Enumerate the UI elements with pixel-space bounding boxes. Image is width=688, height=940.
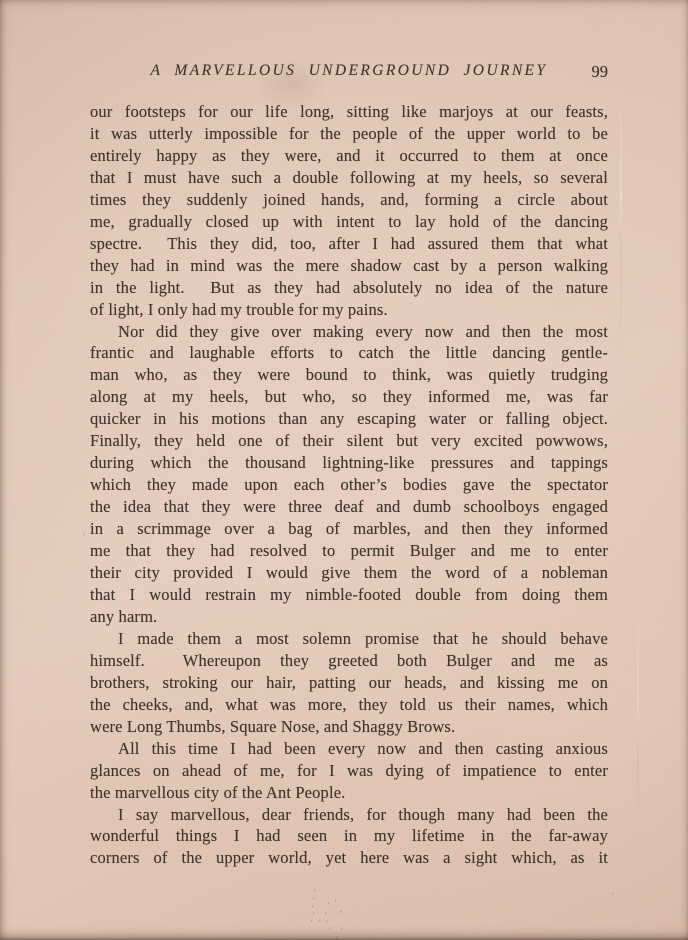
text-line: along at my heels, but who, so they info… — [90, 386, 608, 408]
text-line: All this time I had been every now and t… — [90, 738, 608, 760]
book-page: A MARVELLOUS UNDERGROUND JOURNEY 99 our … — [0, 0, 688, 940]
text-line: wonderful things I had seen in my lifeti… — [90, 825, 608, 847]
scan-speck: ' — [325, 912, 327, 921]
scan-speck: ' — [612, 892, 614, 901]
scan-speck: ' — [329, 927, 331, 936]
text-line: the cheeks, and, what was more, they tol… — [90, 694, 608, 716]
text-line: were Long Thumbs, Square Nose, and Shagg… — [90, 716, 608, 738]
text-line: which they made upon each other’s bodies… — [90, 474, 608, 496]
text-line: me, gradually closed up with intent to l… — [90, 211, 608, 233]
running-title: A MARVELLOUS UNDERGROUND JOURNEY — [90, 62, 608, 80]
text-line: glances on ahead of me, for I was dying … — [90, 760, 608, 782]
scan-speck: ' — [312, 905, 314, 914]
text-line: the marvellous city of the Ant People. — [90, 782, 608, 804]
text-line: corners of the upper world, yet here was… — [90, 847, 608, 869]
scan-speck: , — [340, 905, 342, 914]
text-line: that I must have such a double following… — [90, 167, 608, 189]
text-line: himself. Whereupon they greeted both Bul… — [90, 650, 608, 672]
page-header: A MARVELLOUS UNDERGROUND JOURNEY 99 — [90, 62, 608, 82]
text-line: quicker in his motions than any escaping… — [90, 408, 608, 430]
text-line: any harm. — [90, 606, 608, 628]
text-line: I made them a most solemn promise that h… — [90, 628, 608, 650]
text-line: times they suddenly joined hands, and, f… — [90, 189, 608, 211]
text-line: Nor did they give over making every now … — [90, 321, 608, 343]
scan-speck: , — [335, 930, 337, 939]
scan-speck: ' — [341, 927, 343, 936]
scan-speck: ' — [313, 912, 315, 921]
paper-crease — [637, 590, 639, 840]
page-text: our footsteps for our life long, sitting… — [90, 101, 608, 869]
scan-speck: ' — [314, 889, 316, 898]
text-line: spectre. This they did, too, after I had… — [90, 233, 608, 255]
text-line: man who, as they were bound to think, wa… — [90, 364, 608, 386]
text-line: entirely happy as they were, and it occu… — [90, 145, 608, 167]
text-line: me that they had resolved to permit Bulg… — [90, 540, 608, 562]
text-line: the idea that they were three deaf and d… — [90, 496, 608, 518]
text-line: in the light. But as they had absolutely… — [90, 277, 608, 299]
scan-speck: ' — [328, 902, 330, 911]
scan-speck: ' — [326, 920, 328, 929]
text-line: frantic and laughable efforts to catch t… — [90, 342, 608, 364]
scan-speck: ' — [313, 897, 315, 906]
text-line: it was utterly impossible for the people… — [90, 123, 608, 145]
text-line: during which the thousand lightning-like… — [90, 452, 608, 474]
text-line: that I would restrain my nimble-footed d… — [90, 584, 608, 606]
paper-crease — [620, 90, 622, 360]
text-line: Finally, they held one of their silent b… — [90, 430, 608, 452]
text-line: of light, I only had my trouble for my p… — [90, 299, 608, 321]
scan-speck: ' — [319, 919, 321, 928]
text-line: I say marvellous, dear friends, for thou… — [90, 804, 608, 826]
text-line: brothers, stroking our hair, patting our… — [90, 672, 608, 694]
text-line: they had in mind was the mere shadow cas… — [90, 255, 608, 277]
text-line: in a scrimmage over a bag of marbles, an… — [90, 518, 608, 540]
text-line: their city provided I would give them th… — [90, 562, 608, 584]
scan-speck: ' — [335, 899, 337, 908]
page-number: 99 — [592, 62, 609, 82]
scan-speck: ' — [83, 533, 85, 542]
text-line: our footsteps for our life long, sitting… — [90, 101, 608, 123]
scan-speck: ' — [311, 919, 313, 928]
